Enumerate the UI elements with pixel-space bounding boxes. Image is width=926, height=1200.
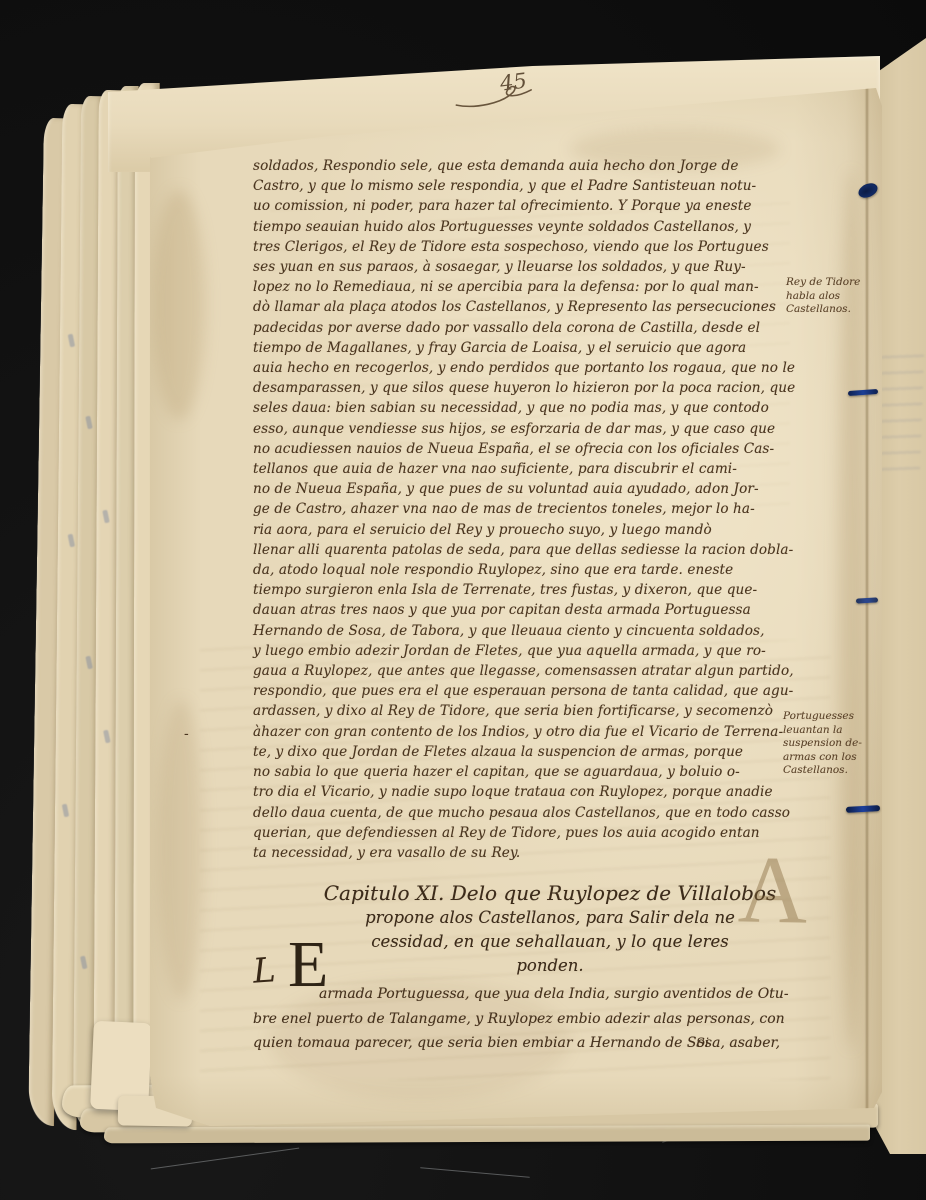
manuscript-line: uo comission, ni poder, para hazer tal o… xyxy=(253,196,821,216)
manuscript-line: ria aora, para el seruicio del Rey y pro… xyxy=(253,520,821,540)
gutter-crease xyxy=(865,80,869,1128)
manuscript-line: tro dia el Vicario, y nadie supo loque t… xyxy=(253,782,821,802)
catchword: Si xyxy=(696,1036,709,1051)
manuscript-line: tellanos que auia de hazer vna nao sufic… xyxy=(253,459,821,479)
opening-paragraph: L armada Portuguessa, que yua dela India… xyxy=(253,962,853,1056)
margin-note-portuguesses: Portuguesses leuantan la suspension de- … xyxy=(783,710,869,778)
margin-note-line: Castellanos. xyxy=(783,764,869,778)
manuscript-line: padecidas por averse dado por vassallo d… xyxy=(253,318,821,338)
showthrough-ink-mark xyxy=(80,956,88,970)
cloth-fiber xyxy=(151,1148,300,1170)
manuscript-line: y luego embio adezir Jordan de Fletes, q… xyxy=(253,641,821,661)
manuscript-line: tres Clerigos, el Rey de Tidore esta sos… xyxy=(253,237,821,257)
manuscript-line: gaua a Ruylopez, que antes que llegasse,… xyxy=(253,661,821,681)
chapter-heading-line: Capitulo XI. Delo que Ruylopez de Villal… xyxy=(310,880,790,906)
page-bottom-edge xyxy=(104,1125,870,1144)
manuscript-page: soldados, Respondio sele, que esta deman… xyxy=(150,80,882,1128)
chapter-heading-line: cessidad, en que sehallauan, y lo que le… xyxy=(310,930,790,954)
margin-note-line: habla alos xyxy=(786,290,872,304)
showthrough-ink-mark xyxy=(68,534,75,548)
flourish-swash xyxy=(452,74,564,113)
margin-note-line: armas con los xyxy=(783,751,869,765)
manuscript-line: no sabia lo que queria hazer el capitan,… xyxy=(253,762,821,782)
manuscript-line: te, y dixo que Jordan de Fletes alzaua l… xyxy=(253,742,821,762)
manuscript-line: tiempo de Magallanes, y fray Garcia de L… xyxy=(253,338,821,358)
manuscript-line: da, atodo loqual nole respondio Ruylopez… xyxy=(253,560,821,580)
manuscript-line: llenar alli quarenta patolas de seda, pa… xyxy=(253,540,821,560)
manuscript-line: desamparassen, y que silos quese huyeron… xyxy=(253,378,821,398)
manuscript-line: ge de Castro, ahazer vna nao de mas de t… xyxy=(253,499,821,519)
manuscript-line: Castro, y que lo mismo sele respondia, y… xyxy=(253,176,821,196)
manuscript-photo: 45 soldados, Respondio sele, que esta de… xyxy=(0,0,926,1200)
manuscript-line: dauan atras tres naos y que yua por capi… xyxy=(253,600,821,620)
manuscript-line: dello daua cuenta, de que mucho pesaua a… xyxy=(253,803,821,823)
manuscript-line: bre enel puerto de Talangame, y Ruylopez… xyxy=(253,1007,853,1032)
manuscript-line: dò llamar ala plaça atodos los Castellan… xyxy=(253,297,821,317)
manuscript-line: auia hecho en recogerlos, y endo perdido… xyxy=(253,358,821,378)
manuscript-line: Hernando de Sosa, de Tabora, y que lleua… xyxy=(253,621,821,641)
manuscript-line: esso, aunque vendiesse sus hijos, se esf… xyxy=(253,419,821,439)
showthrough-ink-mark xyxy=(103,730,111,744)
manuscript-line: àhazer con gran contento de los Indios, … xyxy=(253,722,821,742)
manuscript-body-text: soldados, Respondio sele, que esta deman… xyxy=(253,156,821,863)
showthrough-ink-mark xyxy=(85,656,93,670)
manuscript-line: lopez no lo Remediaua, ni se apercibia p… xyxy=(253,277,821,297)
manuscript-line: querian, que defendiessen al Rey de Tido… xyxy=(253,823,821,843)
manuscript-line: soldados, Respondio sele, que esta deman… xyxy=(253,156,821,176)
manuscript-line: no de Nueua España, y que pues de su vol… xyxy=(253,479,821,499)
manuscript-line: seles daua: bien sabian su necessidad, y… xyxy=(253,398,821,418)
paper-stain xyxy=(158,700,204,1000)
paragraph-lines: armada Portuguessa, que yua dela India, … xyxy=(253,982,853,1056)
manuscript-line: armada Portuguessa, que yua dela India, … xyxy=(319,982,853,1007)
manuscript-line: ses yuan en sus paraos, à sosaegar, y ll… xyxy=(253,257,821,277)
chapter-heading-line: propone alos Castellanos, para Salir del… xyxy=(310,906,790,930)
showthrough-ink-mark xyxy=(68,334,75,348)
showthrough-ink-mark xyxy=(62,804,69,818)
manuscript-line: quien tomaua parecer, que seria bien emb… xyxy=(253,1031,853,1056)
margin-note-rey-de-tidore: Rey de Tidore habla alos Castellanos. xyxy=(786,276,872,317)
margin-paragraph-mark: - xyxy=(184,726,189,742)
paper-stain xyxy=(152,190,206,420)
initial-swash: L xyxy=(253,965,276,977)
ghost-guide-letter: A xyxy=(737,841,808,938)
manuscript-line: ardassen, y dixo al Rey de Tidore, que s… xyxy=(253,701,821,721)
manuscript-line: respondio, que pues era el que esperauan… xyxy=(253,681,821,701)
margin-note-line: Castellanos. xyxy=(786,303,872,317)
showthrough-ink-mark xyxy=(85,416,93,430)
ink-flourish-mark: 45 xyxy=(499,68,528,95)
showthrough-ink-mark xyxy=(102,510,110,524)
manuscript-line: tiempo surgieron enla Isla de Terrenate,… xyxy=(253,580,821,600)
cloth-fiber xyxy=(420,1167,530,1178)
margin-note-line: suspension de- xyxy=(783,737,869,751)
margin-note-line: Portuguesses xyxy=(783,710,869,724)
manuscript-line: tiempo seauian huido alos Portuguesses v… xyxy=(253,217,821,237)
manuscript-line: no acudiessen nauios de Nueua España, el… xyxy=(253,439,821,459)
margin-note-line: leuantan la xyxy=(783,724,869,738)
manuscript-line: ta necessidad, y era vasallo de su Rey. xyxy=(253,843,821,863)
showthrough-writing xyxy=(876,349,925,480)
margin-note-line: Rey de Tidore xyxy=(786,276,872,290)
